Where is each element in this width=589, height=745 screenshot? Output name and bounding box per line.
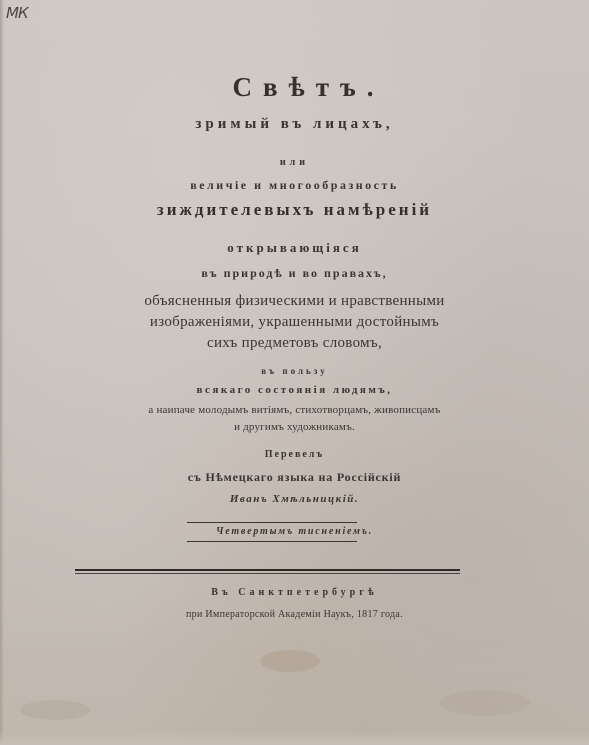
page-edge-bottom bbox=[0, 731, 589, 745]
dedication-line-2: всякаго состоянія людямъ, bbox=[0, 384, 589, 396]
subtitle-line-zizhditel: зиждителевыхъ намѣреній bbox=[0, 200, 589, 220]
translator-name: Иванъ Хмѣльницкій. bbox=[0, 493, 589, 505]
dedication-line-3: а наипаче молодымъ витіямъ, стихотворцам… bbox=[0, 404, 589, 416]
conjunction-or: или bbox=[0, 157, 589, 168]
handwritten-mark: МК bbox=[6, 4, 28, 22]
imprint-rule-thin bbox=[75, 573, 460, 574]
edition-rule-top bbox=[187, 522, 357, 523]
paper-stain bbox=[20, 700, 90, 720]
paper-stain bbox=[260, 650, 320, 672]
edition-note: Четвертымъ тисненіемъ. bbox=[0, 526, 589, 537]
subtitle-line-velichie: величіе и многообразность bbox=[0, 178, 589, 193]
dedication-line-4: и другимъ художникамъ. bbox=[0, 421, 589, 433]
description-line-2: изображеніями, украшенными достойнымъ bbox=[0, 314, 589, 331]
description-line-3: сихъ предметовъ словомъ, bbox=[0, 335, 589, 352]
description-line-1: объясненныя физическими и нравственными bbox=[0, 293, 589, 310]
book-title-page: МК Свѣтъ. зримый въ лицахъ, или величіе … bbox=[0, 0, 589, 745]
translated-label: Перевелъ bbox=[0, 449, 589, 460]
book-subtitle: зримый въ лицахъ, bbox=[0, 116, 589, 133]
edition-rule-bottom bbox=[187, 541, 357, 542]
book-title: Свѣтъ. bbox=[0, 72, 589, 103]
paper-stain bbox=[440, 690, 530, 716]
subtitle-line-priroda: въ природѣ и во правахъ, bbox=[0, 266, 589, 281]
dedication-line-1: въ пользу bbox=[0, 366, 589, 376]
imprint-place: Въ Санктпетербургѣ bbox=[0, 587, 589, 598]
imprint-publisher-year: при Императорской Академіи Наукъ, 1817 г… bbox=[0, 609, 589, 620]
subtitle-line-otkr: открывающіяся bbox=[0, 240, 589, 256]
translated-from: съ Нѣмецкаго языка на Россійскій bbox=[0, 470, 589, 485]
imprint-rule-thick bbox=[75, 569, 460, 571]
